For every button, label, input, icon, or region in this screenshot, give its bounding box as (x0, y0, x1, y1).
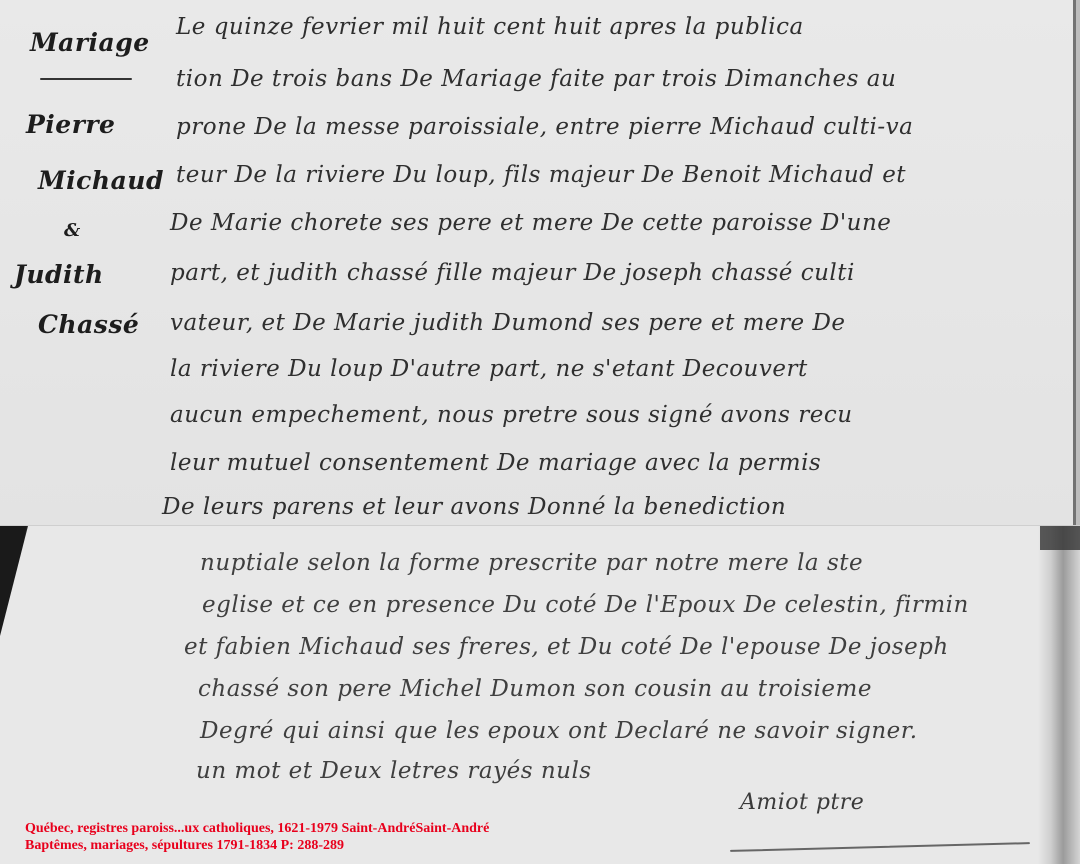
priest-signature: Amiot ptre (740, 790, 864, 815)
record-line-6: part, et judith chassé fille majeur De j… (170, 260, 855, 286)
record-line-7: vateur, et De Marie judith Dumond ses pe… (170, 310, 846, 336)
margin-note-bride-first: Judith (14, 260, 104, 289)
margin-note-conjunction: & (64, 220, 81, 241)
page-binding-shadow (1038, 526, 1080, 864)
record-line-11: De leurs parens et leur avons Donné la b… (162, 494, 786, 520)
page-binding-shadow-top (1040, 526, 1080, 550)
margin-note-title: Mariage (30, 28, 150, 57)
record-line-15: chassé son pere Michel Dumon son cousin … (198, 676, 872, 702)
margin-note-groom-last: Michaud (38, 166, 164, 195)
margin-note-groom-first: Pierre (26, 110, 115, 139)
source-caption: Québec, registres paroiss...ux catholiqu… (25, 820, 489, 854)
record-line-16: Degré qui ainsi que les epoux ont Declar… (200, 718, 918, 744)
page-binding-edge (1073, 0, 1076, 526)
record-line-5: De Marie chorete ses pere et mere De cet… (170, 210, 891, 236)
record-line-8: la riviere Du loup D'autre part, ne s'et… (170, 356, 808, 382)
source-caption-line-2: Baptêmes, mariages, sépultures 1791-1834… (25, 837, 489, 854)
page-edge-shadow (1076, 0, 1080, 526)
record-line-1: Le quinze fevrier mil huit cent huit apr… (176, 14, 804, 40)
record-line-9: aucun empechement, nous pretre sous sign… (170, 402, 853, 428)
record-line-2: tion De trois bans De Mariage faite par … (176, 66, 896, 92)
record-line-12: nuptiale selon la forme prescrite par no… (200, 550, 863, 576)
record-line-10: leur mutuel consentement De mariage avec… (170, 450, 821, 476)
page-corner-shadow (0, 526, 28, 636)
record-line-14: et fabien Michaud ses freres, et Du coté… (184, 634, 949, 660)
source-caption-line-1: Québec, registres paroiss...ux catholiqu… (25, 820, 489, 837)
record-line-17: un mot et Deux letres rayés nuls (196, 758, 592, 784)
record-line-3: prone De la messe paroissiale, entre pie… (176, 114, 913, 140)
record-line-4: teur De la riviere Du loup, fils majeur … (176, 162, 906, 188)
margin-note-bride-last: Chassé (38, 310, 139, 339)
margin-title-underline (40, 78, 132, 80)
record-line-13: eglise et ce en presence Du coté De l'Ep… (202, 592, 969, 618)
